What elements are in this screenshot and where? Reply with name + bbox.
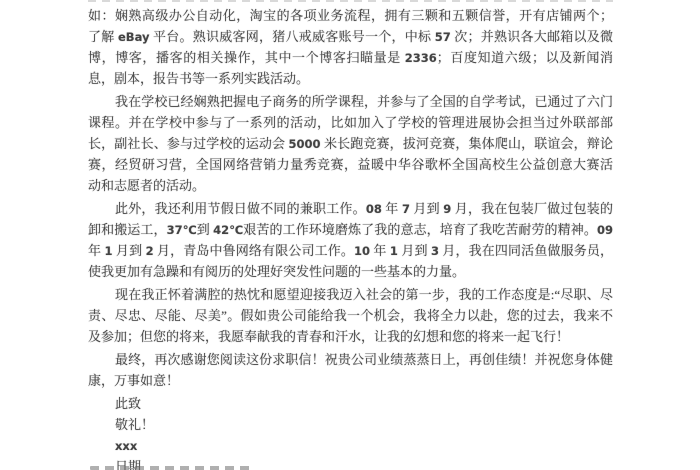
letter-closing-jingli: 敬礼！ bbox=[88, 414, 613, 435]
letter-line: 息，剧本，报告书等一系列实践活动。 bbox=[88, 68, 613, 89]
cropped-text-fragment-top bbox=[88, 0, 613, 2]
letter-line: 此外，我还利用节假日做不同的兼职工作。08 年 7 月到 9 月，我在包装厂做过… bbox=[88, 198, 613, 219]
letter-line: 动和志愿者的活动。 bbox=[88, 175, 613, 196]
letter-line: 课程。并在学校中参与了一系列的活动，比如加入了学校的管理进展协会担当过外联部部 bbox=[88, 112, 613, 133]
letter-line: 最终，再次感谢您阅读这份求职信！祝贵公司业绩蒸蒸日上，再创佳绩！并祝您身体健 bbox=[88, 349, 613, 370]
scanned-letter-page: 如：娴熟高级办公自动化，淘宝的各项业务流程，拥有三颗和五颗信誉，开有店铺两个； … bbox=[88, 5, 613, 470]
letter-line: 博，博客，播客的相关操作，其中一个博客扫瞄量是 2336；百度知道六级；以及新闻… bbox=[88, 47, 613, 68]
letter-line: 使我更加有急躁和有阅历的处理好突发性问题的一些基本的力量。 bbox=[88, 261, 613, 282]
letter-line: 赛，经贸研习营，全国网络营销力量秀竞赛，益暖中华谷歌杯全国高校生公益创意大赛活 bbox=[88, 154, 613, 175]
letter-line: 康，万事如意！ bbox=[88, 370, 613, 391]
letter-closing-cizhi: 此致 bbox=[88, 393, 613, 414]
letter-line: 责、尽忠、尽能、尽美”。假如贵公司能给我一个机会，我将全力以赴，您的过去，我来不 bbox=[88, 305, 613, 326]
letter-line: 如：娴熟高级办公自动化，淘宝的各项业务流程，拥有三颗和五颗信誉，开有店铺两个； bbox=[88, 5, 613, 26]
letter-signature: xxx bbox=[88, 435, 613, 456]
letter-line: 卸和搬运工，37℃到 42℃艰苦的工作环境磨炼了我的意志，培育了我吃苦耐劳的精神… bbox=[88, 219, 613, 240]
letter-line: 长，副社长、参与过学校的运动会 5000 米长跑竞赛，拔河竞赛，集体爬山，联谊会… bbox=[88, 133, 613, 154]
cropped-text-fragment-bottom bbox=[90, 466, 255, 470]
letter-line: 了解 eBay 平台。熟识威客网，猪八戒威客账号一个，中标 57 次；并熟识各大… bbox=[88, 26, 613, 47]
letter-line: 现在我正怀着满腔的热忱和愿望迎接我迈入社会的第一步，我的工作态度是:“尽职、尽 bbox=[88, 284, 613, 305]
letter-line: 我在学校已经娴熟把握电子商务的所学课程，并参与了全国的自学考试，已通过了六门 bbox=[88, 91, 613, 112]
letter-line: 及参加；但您的将来，我愿奉献我的青春和汗水，让我的幻想和您的将来一起飞行！ bbox=[88, 326, 613, 347]
letter-line: 年 1 月到 2 月，青岛中鲁网络有限公司工作。10 年 1 月到 3 月，我在… bbox=[88, 240, 613, 261]
